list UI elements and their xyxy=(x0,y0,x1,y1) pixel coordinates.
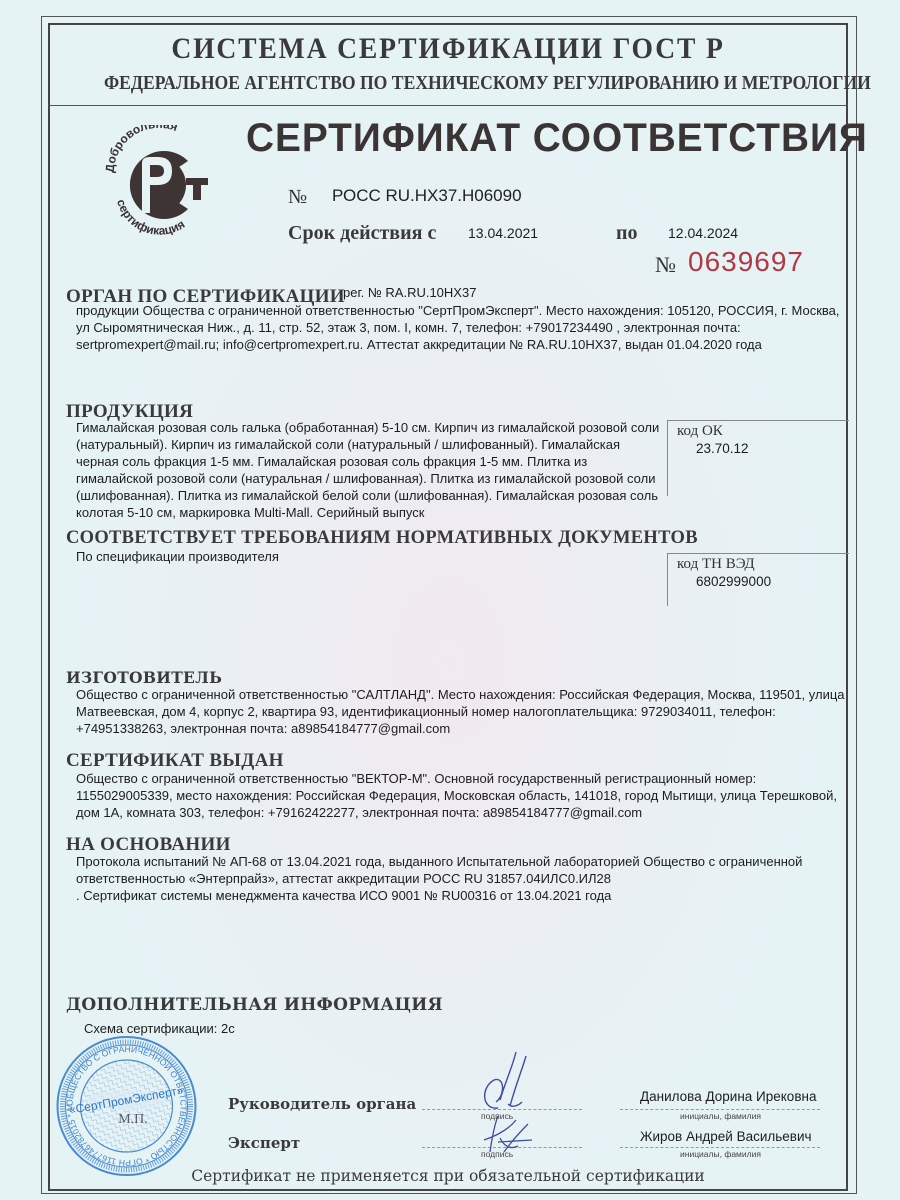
expert-name-line xyxy=(620,1147,820,1148)
manufacturer-heading: ИЗГОТОВИТЕЛЬ xyxy=(66,668,222,687)
certificate-title: СЕРТИФИКАТ СООТВЕТСТВИЯ xyxy=(246,116,868,161)
stamp-mp-text: М.П. xyxy=(118,1112,148,1127)
header-divider xyxy=(48,105,848,106)
head-of-body-label: Руководитель органа xyxy=(228,1095,416,1113)
tn-ved-code-box: код ТН ВЭД 6802999000 xyxy=(667,553,849,606)
valid-from-date: 13.04.2021 xyxy=(468,225,538,241)
tn-ved-value: 6802999000 xyxy=(696,574,771,589)
valid-to-date: 12.04.2024 xyxy=(668,225,738,241)
expert-label: Эксперт xyxy=(228,1134,300,1152)
head-of-body-name: Данилова Дорина Ирековна xyxy=(640,1089,816,1104)
issued-to-text: Общество с ограниченной ответственностью… xyxy=(76,770,846,821)
additional-info-heading: ДОПОЛНИТЕЛЬНАЯ ИНФОРМАЦИЯ xyxy=(66,995,443,1015)
additional-info-text: Схема сертификации: 2с xyxy=(84,1020,235,1037)
rst-logo-icon: Добровольная сертификация xyxy=(100,125,215,235)
conformity-text: По спецификации производителя xyxy=(76,548,279,565)
head-signature-icon xyxy=(460,1050,550,1118)
system-title: СИСТЕМА СЕРТИФИКАЦИИ ГОСТ Р xyxy=(80,32,816,66)
basis-line: Протокола испытаний № АП-68 от 13.04.202… xyxy=(76,853,856,887)
agency-title: ФЕДЕРАЛЬНОЕ АГЕНТСТВО ПО ТЕХНИЧЕСКОМУ РЕ… xyxy=(104,72,792,95)
basis-line: . Сертификат системы менеджмента качеств… xyxy=(76,887,856,904)
certification-body-text: продукции Общества с ограниченной ответс… xyxy=(76,302,846,353)
blank-serial-number: 0639697 xyxy=(688,246,804,278)
expert-name-caption: инициалы, фамилия xyxy=(680,1149,761,1159)
head-name-line xyxy=(620,1109,820,1110)
certificate-number: РОСС RU.НХ37.Н06090 xyxy=(332,186,522,206)
ok-code-box: код ОК 23.70.12 xyxy=(667,420,849,496)
blank-number-sign: № xyxy=(655,252,676,278)
ok-code-label: код ОК xyxy=(677,423,723,440)
seal-stamp-icon: ОБЩЕСТВО С ОГРАНИЧЕННОЙ ОТВЕТСТВЕННОСТЬЮ… xyxy=(55,1032,198,1180)
ok-code-value: 23.70.12 xyxy=(696,441,749,456)
expert-signature-icon xyxy=(470,1112,550,1156)
validity-label: Срок действия с xyxy=(288,222,436,245)
product-text: Гималайская розовая соль галька (обработ… xyxy=(76,419,666,521)
conformity-heading: СООТВЕТСТВУЕТ ТРЕБОВАНИЯМ НОРМАТИВНЫХ ДО… xyxy=(66,528,698,549)
manufacturer-text: Общество с ограниченной ответственностью… xyxy=(76,686,856,737)
certification-body-reg-number: рег. № RA.RU.10НХ37 xyxy=(343,285,476,300)
head-name-caption: инициалы, фамилия xyxy=(680,1111,761,1121)
tn-ved-label: код ТН ВЭД xyxy=(677,556,755,573)
valid-to-label: по xyxy=(616,222,638,245)
number-sign: № xyxy=(288,186,307,209)
issued-to-heading: СЕРТИФИКАТ ВЫДАН xyxy=(66,750,284,772)
expert-name: Жиров Андрей Васильевич xyxy=(640,1129,812,1144)
basis-text: Протокола испытаний № АП-68 от 13.04.202… xyxy=(76,853,856,904)
